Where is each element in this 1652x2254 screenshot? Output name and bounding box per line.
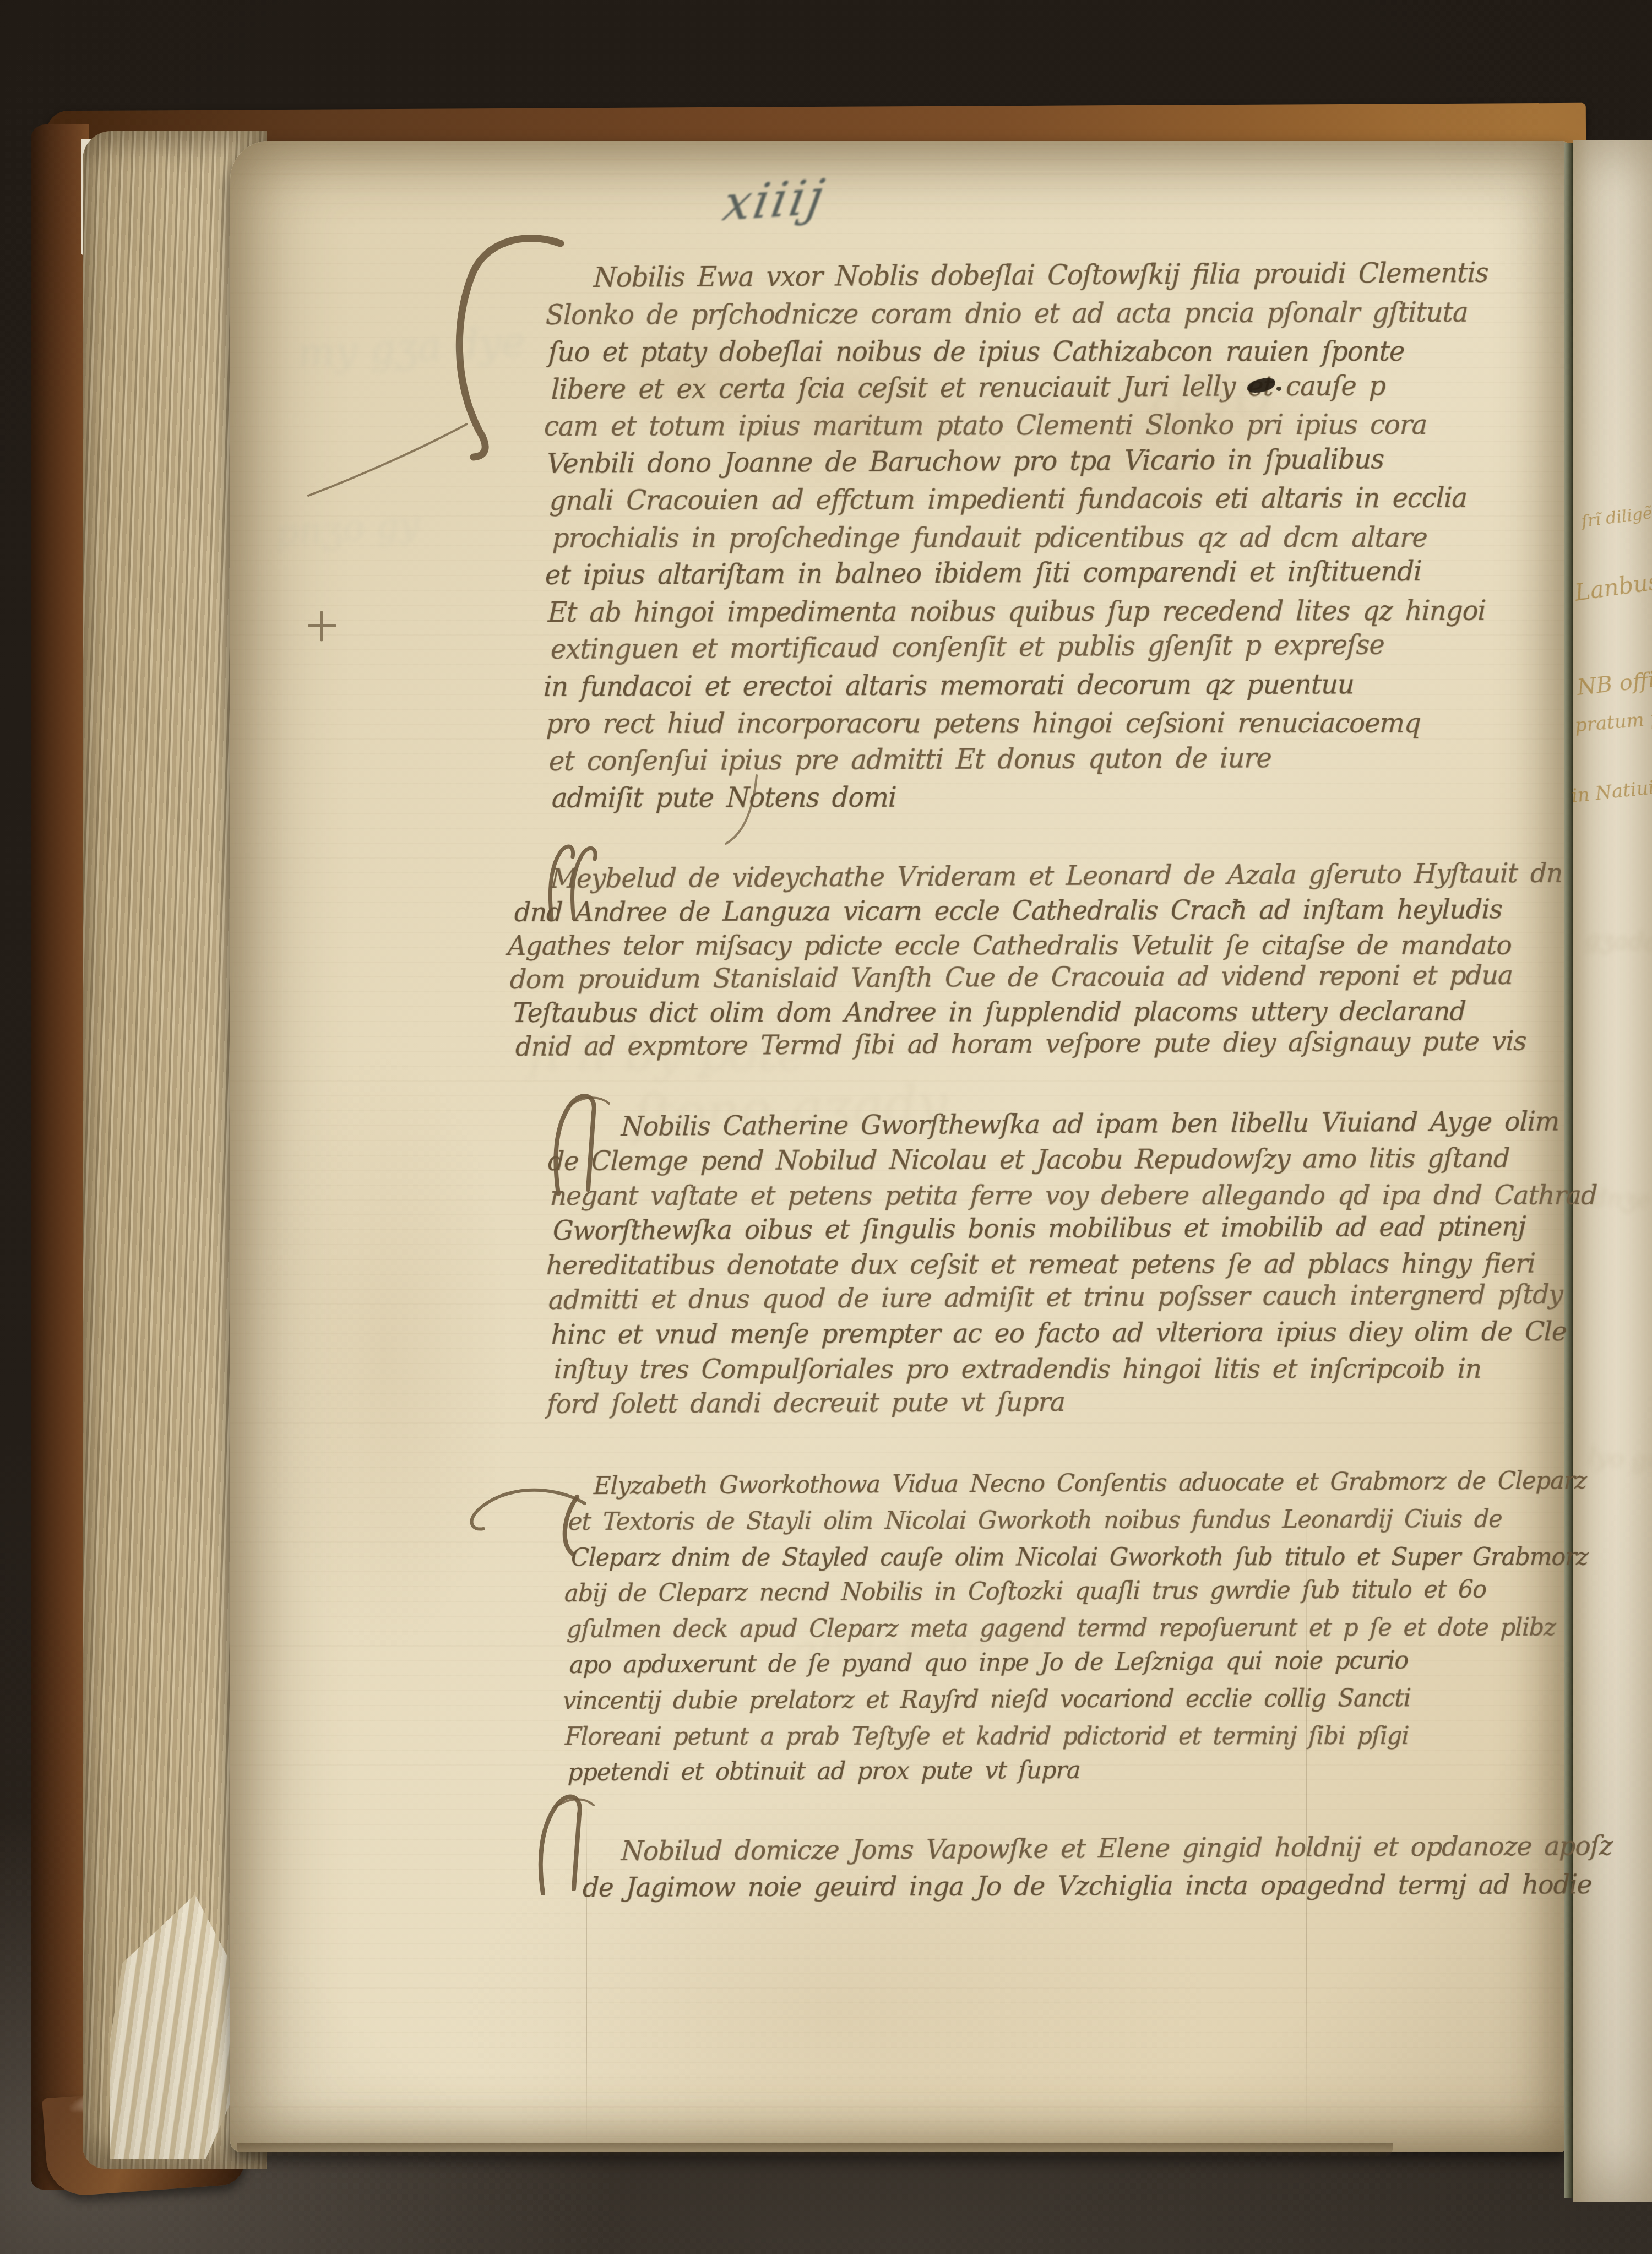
manuscript-photo: xiiij Nobilis Ewa vxor Noblis dobeſlai C… [0,0,1652,2254]
manuscript-page [230,141,1568,2152]
facing-page-sliver [1573,140,1652,2202]
leather-cover-spine-edge [31,124,89,2190]
page-bottom-shadow [237,2143,1393,2158]
gutter-strap [1564,143,1573,2198]
